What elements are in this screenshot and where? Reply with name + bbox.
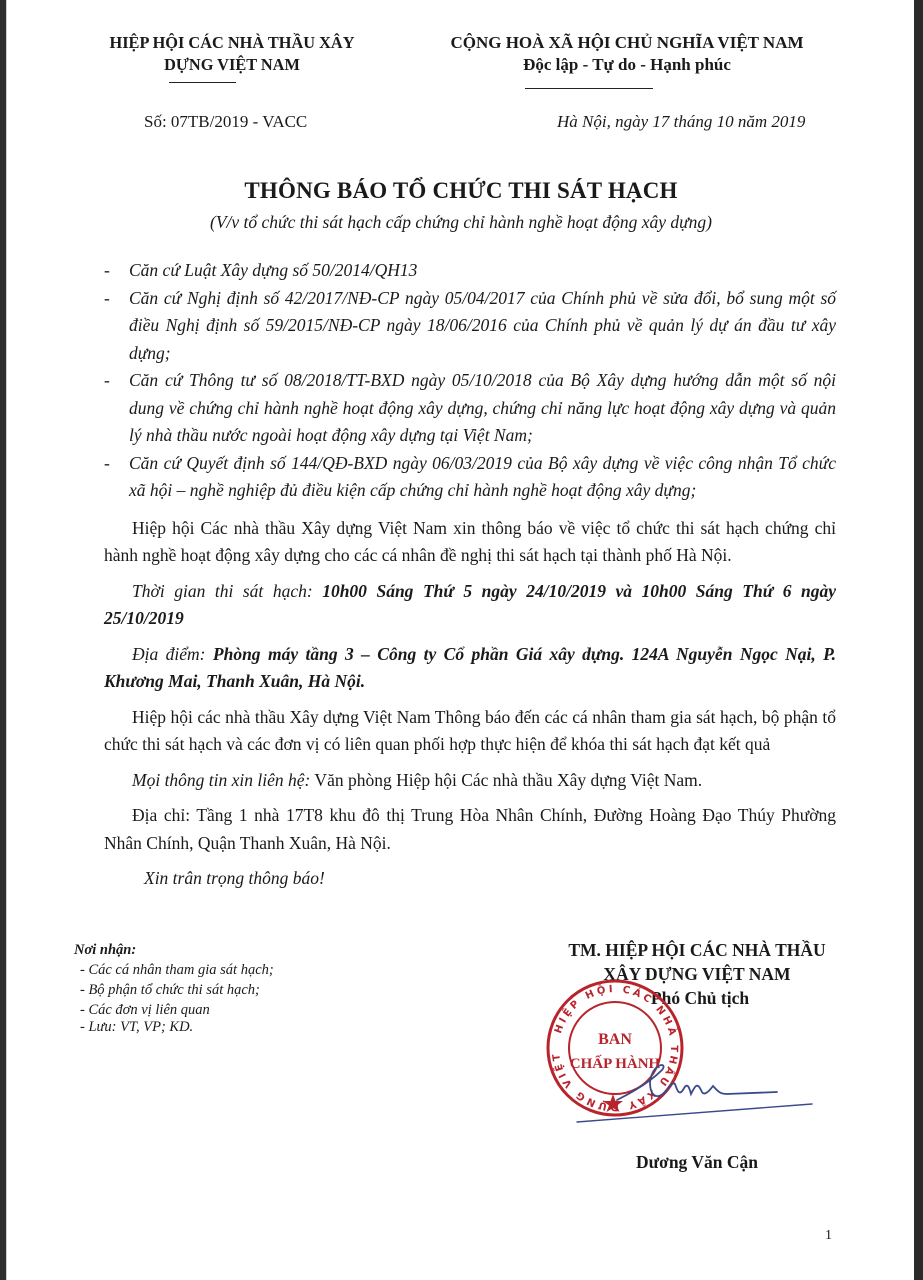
page-number: 1 [825,1228,832,1244]
document-number: Số: 07TB/2019 - VACC [144,112,307,132]
exam-time: Thời gian thi sát hạch: 10h00 Sáng Thứ 5… [104,578,836,633]
closing-line: Xin trân trọng thông báo! [104,865,836,893]
document-subtitle: (V/v tổ chức thi sát hạch cấp chứng chỉ … [7,212,915,233]
recipient-item: - Bộ phận tổ chức thi sát hạch; [74,980,274,1000]
legal-basis-item: -Căn cứ Luật Xây dựng số 50/2014/QH13 [104,257,836,285]
bullet-dash: - [104,285,110,313]
exam-location-value: Phòng máy tầng 3 – Công ty Cổ phần Giá x… [104,644,836,692]
exam-location-label: Địa điểm: [132,644,213,664]
motto-underline [525,88,653,89]
legal-basis-text: Căn cứ Thông tư số 08/2018/TT-BXD ngày 0… [129,370,836,445]
contact-label: Mọi thông tin xin liên hệ: [132,770,310,790]
document-body: -Căn cứ Luật Xây dựng số 50/2014/QH13 -C… [104,257,836,893]
handwritten-signature-icon [567,1050,827,1130]
bullet-dash: - [104,257,110,285]
recipients-heading: Nơi nhận: [74,940,274,960]
national-heading: CỘNG HOÀ XÃ HỘI CHỦ NGHĨA VIỆT NAM Độc l… [417,32,837,76]
legal-basis-item: -Căn cứ Nghị định số 42/2017/NĐ-CP ngày … [104,285,836,368]
exam-time-label: Thời gian thi sát hạch: [132,581,322,601]
issuing-org-line1: HIỆP HỘI CÁC NHÀ THẦU XÂY [83,32,381,54]
legal-basis-item: -Căn cứ Thông tư số 08/2018/TT-BXD ngày … [104,367,836,450]
issuing-org-line2: DỰNG VIỆT NAM [83,54,381,76]
contact-line: Mọi thông tin xin liên hệ: Văn phòng Hiệ… [104,767,836,795]
recipients-block: Nơi nhận: - Các cá nhân tham gia sát hạc… [74,940,274,1037]
national-motto: Độc lập - Tự do - Hạnh phúc [417,54,837,76]
svg-text:BAN: BAN [598,1031,632,1048]
recipient-item: - Lưu: VT, VP; KD. [74,1017,274,1037]
intro-paragraph: Hiệp hội Các nhà thầu Xây dựng Việt Nam … [104,515,836,570]
document-title: THÔNG BÁO TỔ CHỨC THI SÁT HẠCH [7,178,915,204]
place-date: Hà Nội, ngày 17 tháng 10 năm 2019 [557,112,805,132]
address-paragraph: Địa chỉ: Tầng 1 nhà 17T8 khu đô thị Trun… [104,802,836,857]
bullet-dash: - [104,450,110,478]
legal-basis-text: Căn cứ Quyết định số 144/QĐ-BXD ngày 06/… [129,453,836,501]
notice-paragraph: Hiệp hội các nhà thầu Xây dựng Việt Nam … [104,704,836,759]
viewer-frame-edge [914,0,923,1280]
contact-value: Văn phòng Hiệp hội Các nhà thầu Xây dựng… [310,770,702,790]
bullet-dash: - [104,367,110,395]
org-underline [169,82,236,83]
legal-basis-text: Căn cứ Nghị định số 42/2017/NĐ-CP ngày 0… [129,288,836,363]
document-page: HIỆP HỘI CÁC NHÀ THẦU XÂY DỰNG VIỆT NAM … [6,0,915,1280]
exam-location: Địa điểm: Phòng máy tầng 3 – Công ty Cổ … [104,641,836,696]
signatory-org-line1: TM. HIỆP HỘI CÁC NHÀ THẦU [527,938,867,962]
national-name: CỘNG HOÀ XÃ HỘI CHỦ NGHĨA VIỆT NAM [417,32,837,54]
signatory-name: Dương Văn Cận [527,1152,867,1173]
recipient-item: - Các cá nhân tham gia sát hạch; [74,960,274,980]
issuing-org: HIỆP HỘI CÁC NHÀ THẦU XÂY DỰNG VIỆT NAM [83,32,381,76]
legal-basis-text: Căn cứ Luật Xây dựng số 50/2014/QH13 [129,260,417,280]
legal-basis-item: -Căn cứ Quyết định số 144/QĐ-BXD ngày 06… [104,450,836,505]
